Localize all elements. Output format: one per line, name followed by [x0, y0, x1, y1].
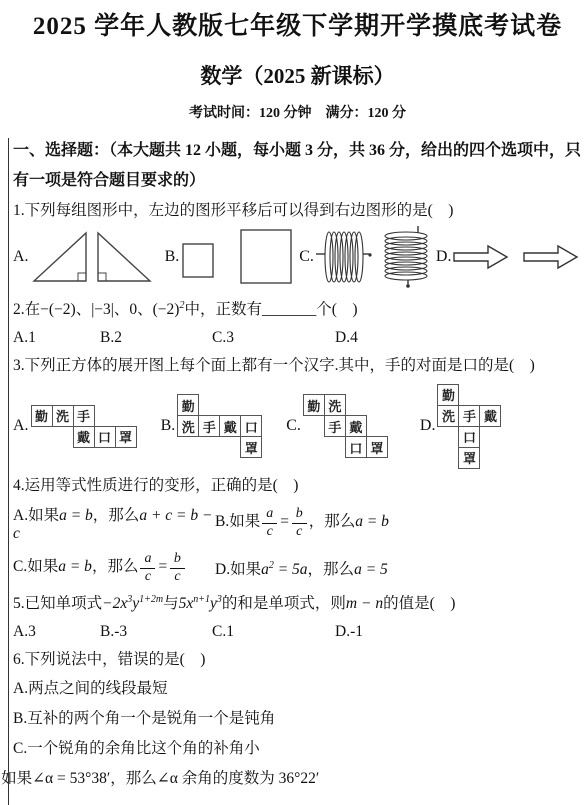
option-a-label: A. [13, 417, 29, 435]
exam-subtitle: 数学（2025 新课标） [13, 60, 582, 92]
fraction: ac [140, 551, 155, 584]
option-b-math: a = b [355, 514, 389, 531]
question-5-part-1: 5.已知单项式 [13, 595, 102, 612]
option-d-mid: ，那么 [308, 561, 355, 578]
question-5: 5.已知单项式−2x3y1+2m与5xn+1y3的和是单项式，则m − n的值是… [13, 590, 582, 646]
option-d-math-2: = 5a [274, 561, 308, 578]
question-2-options: A.1B.2C.3D.4 [13, 324, 582, 352]
option-d-prefix: D.如果 [215, 561, 261, 578]
option-d: D.-1 [335, 618, 363, 646]
question-4-text: 4.运用等式性质进行的变形，正确的是( ) [13, 472, 582, 500]
option-b: B.-3 [100, 618, 212, 646]
monomial-2-exp-x: n+1 [193, 594, 210, 605]
net-cell: 手 [324, 415, 346, 437]
exam-content: 2025 学年人教版七年级下学期开学摸底考试卷 数学（2025 新课标） 考试时… [0, 8, 588, 794]
question-4: 4.运用等式性质进行的变形，正确的是( ) A.如果a = b，那么a + c … [13, 472, 582, 590]
section-heading-line-1: 一、选择题：（本大题共 12 小题，每小题 3 分，共 36 分，给出的四个选项… [13, 136, 582, 166]
option-b: B.如果ac=bc，那么a = b [215, 506, 389, 539]
net-cell: 口 [345, 436, 367, 458]
exam-info: 考试时间：120 分钟 满分：120 分 [13, 104, 582, 124]
question-1-text: 1.下列每组图形中，左边的图形平移后可以得到右边图形的是( ) [13, 198, 582, 224]
section-heading-choice-questions: 一、选择题：（本大题共 12 小题，每小题 3 分，共 36 分，给出的四个选项… [13, 136, 582, 196]
option-b: B.互补的两个角一个是锐角一个是钝角 [13, 704, 582, 734]
question-5-options: A.3B.-3C.1D.-1 [13, 618, 582, 646]
option-a-label: A. [13, 248, 29, 266]
exam-page: 2025 学年人教版七年级下学期开学摸底考试卷 数学（2025 新课标） 考试时… [0, 0, 588, 805]
fraction: bc [292, 506, 307, 539]
monomial-1-base: −2x [102, 595, 127, 612]
question-5-part-2: 与 [163, 595, 179, 612]
net-cell: 戴 [219, 415, 241, 437]
net-cell: 手 [73, 405, 95, 427]
equals-sign: = [157, 559, 167, 576]
small-square-icon [181, 242, 215, 280]
right-arrow-icon [523, 242, 579, 272]
option-d-label: D. [420, 417, 436, 435]
option-a: A.两点之间的线段最短 [13, 674, 582, 704]
net-cell: 手 [198, 415, 220, 437]
option-d-math-3: a = 5 [354, 561, 388, 578]
net-cell: 口 [240, 415, 262, 437]
exam-title: 2025 学年人教版七年级下学期开学摸底考试卷 [13, 8, 582, 46]
option-a-prefix: A.如果 [13, 507, 59, 524]
option-a-math-1: a = b [59, 507, 93, 524]
net-cell: 罩 [458, 447, 480, 469]
option-d-label: D. [436, 248, 452, 266]
equals-sign: = [279, 514, 289, 531]
net-cell: 洗 [52, 405, 74, 427]
question-2-expression: −(−2)、|−3|、0、(−2) [40, 301, 179, 318]
question-2: 2.在−(−2)、|−3|、0、(−2)2中，正数有_______个( ) A.… [13, 296, 582, 352]
question-6: 6.下列说法中，错误的是( ) A.两点之间的线段最短 B.互补的两个角一个是锐… [13, 646, 582, 794]
monomial-2-base: 5x [179, 595, 194, 612]
option-c-mid: ，那么 [92, 559, 139, 576]
right-arrow-icon [453, 242, 509, 272]
right-triangle-mirrored-icon [95, 229, 153, 285]
option-c-label: C. [286, 417, 301, 435]
net-cell: 勤 [437, 384, 459, 406]
net-cell: 洗 [437, 405, 459, 427]
horizontal-spring-icon [316, 228, 372, 286]
vertical-spring-icon [382, 225, 432, 289]
net-cell: 勤 [31, 405, 53, 427]
question-6-text: 6.下列说法中，错误的是( ) [13, 646, 582, 674]
question-2-prefix: 2.在 [13, 301, 40, 318]
monomial-2-y: y [210, 595, 217, 612]
monomial-1-exp-y: 1+2m [139, 594, 163, 605]
question-5-part-4: 的值是( ) [383, 595, 455, 612]
net-cell: 手 [458, 405, 480, 427]
net-cell: 戴 [345, 415, 367, 437]
question-5-part-3: 的和是单项式，则 [222, 595, 346, 612]
option-c-label: C. [299, 248, 314, 266]
option-a: A.3 [13, 618, 100, 646]
question-3-figures: A. 勤洗手戴口罩 B. 勤洗手戴口罩 C. 勤洗手戴口罩 D. 勤洗手戴口罩 [13, 380, 582, 472]
option-b: B.2 [100, 324, 212, 352]
net-cell: 戴 [479, 405, 501, 427]
question-3: 3.下列正方体的展开图上每个面上都有一个汉字.其中，手的对面是口的是( ) A.… [13, 352, 582, 472]
cube-net-b: 勤洗手戴口罩 [177, 394, 262, 458]
question-5-text: 5.已知单项式−2x3y1+2m与5xn+1y3的和是单项式，则m − n的值是… [13, 590, 582, 618]
net-cell: 口 [94, 426, 116, 448]
net-cell: 罩 [366, 436, 388, 458]
question-4-options-row-2: C.如果a = b，那么ac=bc D.如果a2 = 5a，那么a = 5 [13, 546, 582, 590]
option-c: C.如果a = b，那么ac=bc [13, 551, 215, 584]
net-cell: 罩 [115, 426, 137, 448]
fraction: bc [170, 551, 185, 584]
option-a: A.如果a = b，那么a + c = b − c [13, 503, 215, 543]
option-c: C.3 [212, 324, 335, 352]
option-d: D.如果a2 = 5a，那么a = 5 [215, 557, 388, 579]
right-triangle-icon [31, 229, 89, 285]
cube-net-c: 勤洗手戴口罩 [303, 394, 388, 458]
question-1: 1.下列每组图形中，左边的图形平移后可以得到右边图形的是( ) A. B. [13, 198, 582, 290]
option-b-mid: ，那么 [309, 514, 356, 531]
net-cell: 勤 [303, 394, 325, 416]
question-2-suffix: 中，正数有_______个( ) [184, 301, 357, 318]
net-cell: 口 [458, 426, 480, 448]
question-1-figures: A. B. C. [13, 224, 582, 290]
option-d-math-1: a [261, 561, 269, 578]
net-cell: 洗 [177, 415, 199, 437]
question-4-options-row-1: A.如果a = b，那么a + c = b − c B.如果ac=bc，那么a … [13, 500, 582, 546]
option-a: A.1 [13, 324, 100, 352]
cube-net-d: 勤洗手戴口罩 [437, 384, 501, 469]
option-d: D.4 [335, 324, 358, 352]
net-cell: 罩 [240, 436, 262, 458]
option-a-mid: ，那么 [93, 507, 140, 524]
option-b-label: B. [161, 417, 176, 435]
option-b-prefix: B.如果 [215, 514, 260, 531]
question-3-text: 3.下列正方体的展开图上每个面上都有一个汉字.其中，手的对面是口的是( ) [13, 352, 582, 380]
option-c: C.1 [212, 618, 335, 646]
question-5-target-expression: m − n [346, 595, 383, 612]
large-square-icon [239, 228, 293, 286]
cube-net-a: 勤洗手戴口罩 [31, 405, 137, 448]
net-cell: 勤 [177, 394, 199, 416]
section-heading-line-2: 有一项是符合题目要求的） [13, 166, 582, 196]
option-b-label: B. [165, 248, 180, 266]
option-c-prefix: C.如果 [13, 559, 58, 576]
net-cell: 洗 [324, 394, 346, 416]
question-2-text: 2.在−(−2)、|−3|、0、(−2)2中，正数有_______个( ) [13, 296, 582, 324]
option-c: C.一个锐角的余角比这个角的补角小 [13, 734, 582, 764]
option-c-math-1: a = b [58, 559, 92, 576]
net-cell: 戴 [73, 426, 95, 448]
fraction: ac [262, 506, 277, 539]
option-d: D.如果∠α = 53°38′，那么∠α 余角的度数为 36°22′ [13, 764, 582, 794]
